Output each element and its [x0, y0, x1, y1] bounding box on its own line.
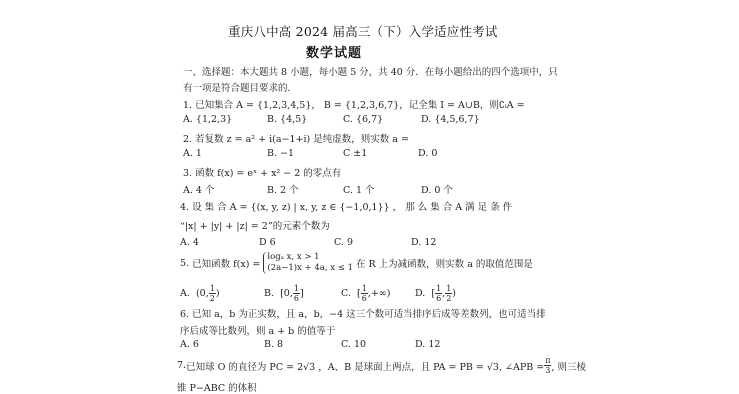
option-left: [0, [280, 288, 293, 299]
option-label: D. [415, 288, 425, 299]
option-label: C. [341, 288, 351, 299]
question-stem-line1: 已知 a，b 为正实数，且 a，b，−4 这三个数可适当排序后成等差数列，也可适… [192, 309, 546, 320]
q3-option-c: C. 1 个 [343, 182, 375, 196]
fraction: π3 [544, 356, 551, 375]
numerator: π [544, 356, 551, 366]
piecewise-function: logₐ x, x > 1 (2a−1)x + 4a, x ≤ 1 [263, 252, 353, 274]
piece-bottom: (2a−1)x + 4a, x ≤ 1 [267, 263, 353, 274]
q1-option-a: A. {1,2,3} [183, 114, 232, 125]
question-stem-part1: 已知球 O 的直径为 PC = 2√3 ，A、B 是球面上两点，且 PA = P… [186, 359, 544, 373]
option-label: B. [264, 288, 274, 299]
q5-option-a: A. (0,12) [180, 284, 220, 303]
question-number: 6. [180, 309, 189, 320]
denominator: 2 [446, 294, 451, 303]
question-number: 2. [183, 134, 192, 145]
question-number: 4. [180, 202, 189, 213]
question-5: 5. 已知函数 f(x) = logₐ x, x > 1 (2a−1)x + 4… [180, 252, 533, 274]
question-stem: 函数 f(x) = eˣ + x² − 2 的零点有 [195, 168, 341, 179]
question-stem-line1: 设 集 合 A = {(x, y, z) | x, y, z ∈ {−1,0,1… [192, 202, 512, 213]
q3-option-a: A. 4 个 [183, 182, 214, 196]
denominator: 6 [362, 294, 367, 303]
q2-option-b: B. −1 [267, 148, 294, 159]
question-4-line2: “|x| + |y| + |z| = 2”的元素个数为 [180, 218, 330, 232]
question-stem-part2: , 则三棱 [551, 359, 586, 373]
q4-option-b: D 6 [259, 237, 276, 248]
exam-title: 重庆八中高 2024 届高三（下）入学适应性考试 [228, 22, 498, 40]
question-7-line2: 锥 P−ABC 的体积 [177, 380, 257, 394]
question-2: 2. 若复数 z = a² + i(a−1+i) 是纯虚数，则实数 a = [183, 131, 409, 145]
question-6: 6. 已知 a，b 为正实数，且 a，b，−4 这三个数可适当排序后成等差数列，… [180, 306, 546, 320]
q4-option-d: D. 12 [411, 237, 436, 248]
q6-option-d: D. 12 [415, 339, 440, 350]
question-1: 1. 已知集合 A = {1,2,3,4,5}， B = {1,2,3,6,7}… [183, 97, 525, 111]
numerator: 1 [293, 284, 300, 294]
question-number: 3. [183, 168, 192, 179]
question-4: 4. 设 集 合 A = {(x, y, z) | x, y, z ∈ {−1,… [180, 199, 512, 213]
question-stem: 已知集合 A = {1,2,3,4,5}， B = {1,2,3,6,7}，记全… [195, 100, 525, 111]
q6-option-b: B. 8 [264, 339, 283, 350]
q4-option-c: C. 9 [334, 237, 353, 248]
option-left: (0, [196, 288, 209, 299]
option-right: ,+∞) [368, 288, 391, 299]
question-stem-suffix: 在 R 上为减函数，则实数 a 的取值范围是 [356, 256, 533, 270]
piece-top: logₐ x, x > 1 [267, 252, 353, 263]
q6-option-a: A. 6 [180, 339, 199, 350]
denominator: 6 [436, 294, 441, 303]
q6-option-c: C. 10 [341, 339, 366, 350]
numerator: 1 [209, 284, 216, 294]
option-right: ] [300, 288, 304, 299]
denominator: 3 [545, 366, 550, 375]
question-stem: 若复数 z = a² + i(a−1+i) 是纯虚数，则实数 a = [195, 134, 409, 145]
q2-option-a: A. 1 [183, 148, 202, 159]
q1-option-d: D. {4,5,6,7} [421, 114, 480, 125]
question-7: 7. 已知球 O 的直径为 PC = 2√3 ，A、B 是球面上两点，且 PA … [177, 356, 586, 375]
question-number: 7. [177, 360, 186, 371]
q3-option-d: D. 0 个 [421, 182, 453, 196]
q2-option-d: D. 0 [418, 148, 437, 159]
option-right: ) [452, 288, 456, 299]
question-6-line2: 序后成等比数列，则 a + b 的值等于 [180, 323, 335, 337]
fraction: 12 [209, 284, 216, 303]
question-stem-prefix: 已知函数 f(x) = [192, 256, 260, 270]
q4-option-a: A. 4 [180, 237, 199, 248]
question-number: 1. [183, 100, 192, 111]
denominator: 2 [210, 294, 215, 303]
option-right: ) [216, 288, 220, 299]
section-instruction-line2: 有一项是符合题目要求的． [183, 80, 297, 94]
denominator: 6 [294, 294, 299, 303]
q5-option-c: C. [16,+∞) [341, 284, 390, 303]
q1-option-c: C. {6,7} [343, 114, 383, 125]
fraction: 16 [361, 284, 368, 303]
q5-option-d: D. [16,12) [415, 284, 456, 303]
section-instruction-line1: 一、选择题：本大题共 8 小题，每小题 5 分，共 40 分．在每小题给出的四个… [183, 64, 558, 78]
exam-subject: 数学试题 [306, 42, 362, 61]
q5-option-b: B. [0,16] [264, 284, 304, 303]
q1-option-b: B. {4,5} [267, 114, 307, 125]
option-label: A. [180, 288, 190, 299]
fraction: 16 [293, 284, 300, 303]
q2-option-c: C ±1 [343, 148, 367, 159]
q3-option-b: B. 2 个 [267, 182, 299, 196]
question-number: 5. [180, 258, 189, 269]
numerator: 1 [361, 284, 368, 294]
question-3: 3. 函数 f(x) = eˣ + x² − 2 的零点有 [183, 165, 341, 179]
